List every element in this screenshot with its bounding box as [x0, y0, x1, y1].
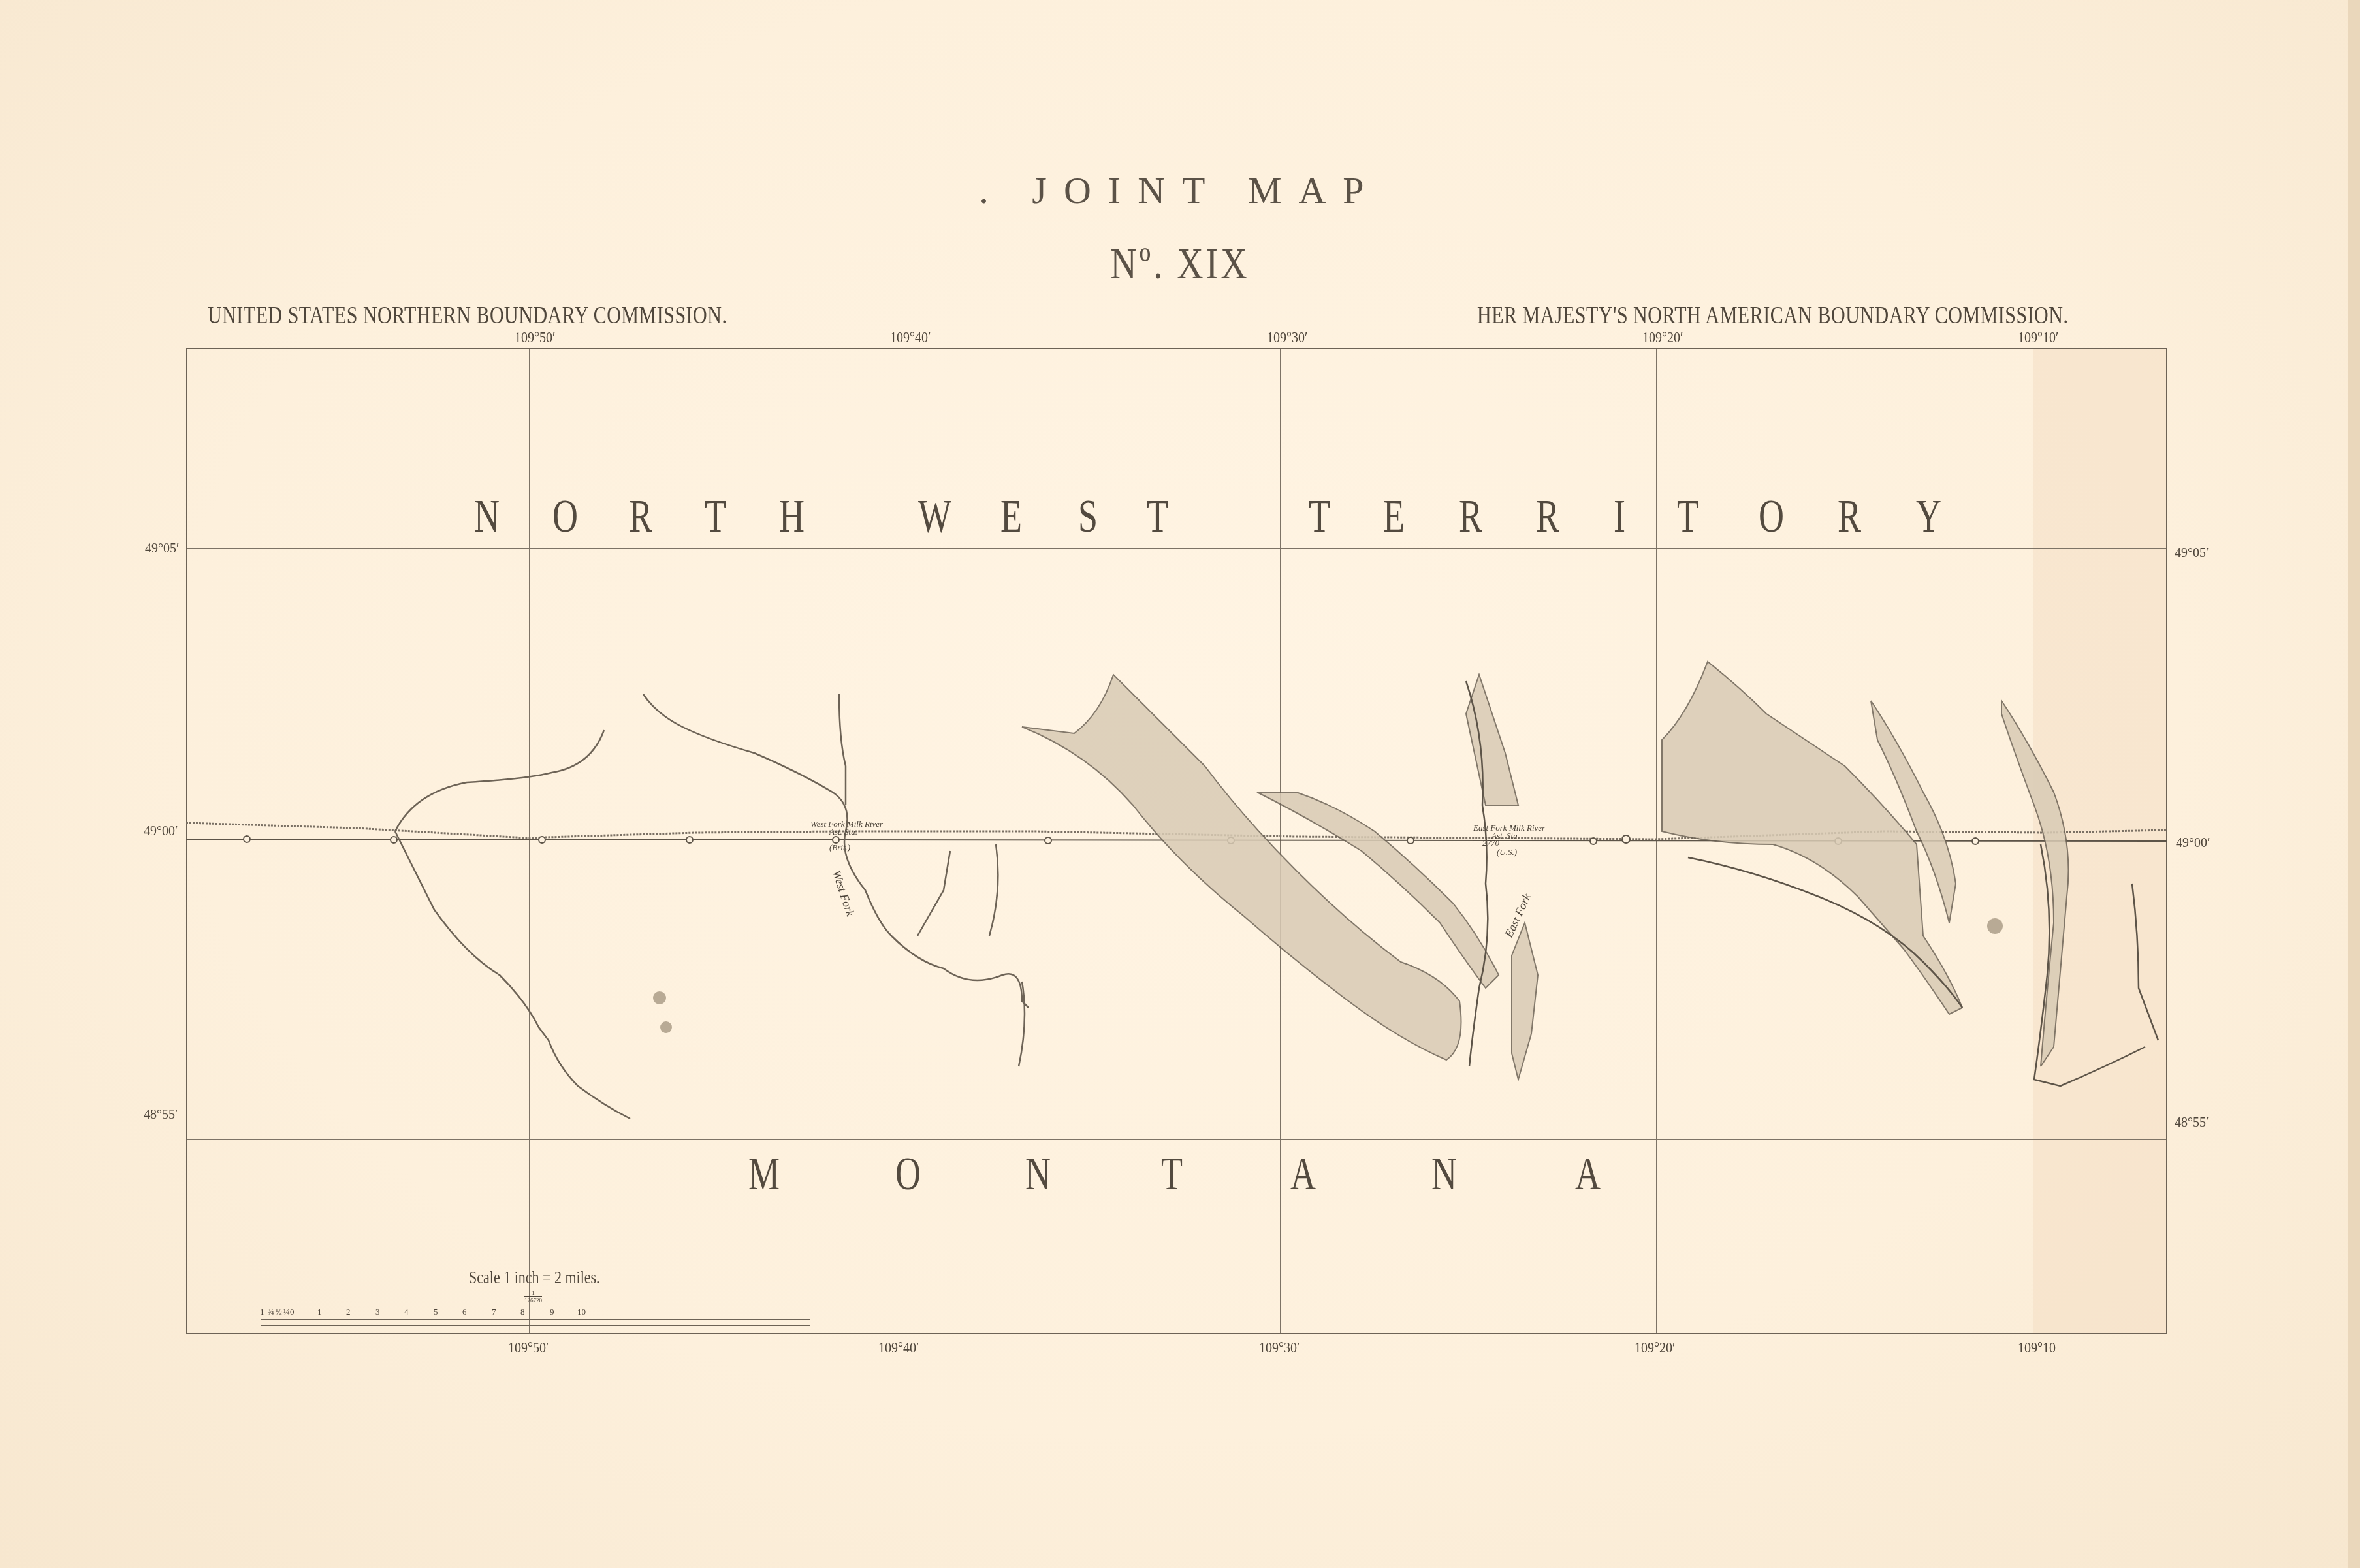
lat-label-left: 49°00′	[144, 824, 178, 839]
region-letter: W	[918, 488, 951, 543]
us-commission-label: UNITED STATES NORTHERN BOUNDARY COMMISSI…	[208, 302, 727, 330]
plate-number: Nº. XIX	[0, 239, 2360, 289]
lon-label-top: 109°20′	[1642, 329, 1683, 347]
scale-fraction-numerator: 1	[524, 1290, 542, 1296]
scale-tick: 1	[260, 1307, 264, 1317]
scale-tick: 5	[434, 1307, 438, 1317]
scale-tick: 2	[346, 1307, 351, 1317]
lat-label-right: 48°55′	[2175, 1115, 2209, 1130]
region-letter: E	[1383, 488, 1405, 543]
region-letter: H	[779, 488, 805, 543]
lon-label-bottom: 109°30′	[1259, 1339, 1300, 1358]
region-letter: O	[1759, 488, 1784, 543]
lon-label-top: 109°10′	[2018, 329, 2058, 347]
region-letter: I	[1614, 488, 1625, 543]
west-fork-station-sub: Ast. Sta.	[829, 827, 857, 837]
east-fork-station-tag: (U.S.)	[1497, 847, 1517, 857]
scale-tick: 6	[462, 1307, 467, 1317]
map-title: . JOINT MAP	[0, 168, 2360, 212]
region-letter: R	[1459, 488, 1482, 543]
scale-fraction: 1 126720	[524, 1290, 542, 1304]
region-letter: T	[705, 488, 726, 543]
region-letter: Y	[1916, 488, 1941, 543]
region-letter: O	[552, 488, 578, 543]
scale-title: Scale 1 inch = 2 miles.	[469, 1268, 600, 1288]
scale-fraction-denominator: 126720	[524, 1296, 542, 1304]
lon-label-bottom: 109°40′	[878, 1339, 919, 1358]
scale-tick: 9	[550, 1307, 554, 1317]
scale-tick: ¾	[268, 1307, 274, 1317]
region-letter: R	[1838, 488, 1861, 543]
west-fork-station-tag: (Brit.)	[829, 842, 850, 853]
region-letter: T	[1309, 488, 1330, 543]
lon-label-bottom: 109°10	[2018, 1339, 2056, 1358]
region-letter: E	[1000, 488, 1022, 543]
lat-label-left: 49°05′	[145, 541, 179, 556]
scale-tick: 3	[375, 1307, 380, 1317]
scale-tick: 0	[290, 1307, 295, 1317]
region-letter: T	[1161, 1146, 1183, 1201]
lat-label-right: 49°05′	[2175, 546, 2209, 561]
region-letter: N	[1025, 1146, 1051, 1201]
lon-label-top: 109°40′	[890, 329, 931, 347]
scale-tick: ¼	[283, 1307, 290, 1317]
region-letter: O	[895, 1146, 921, 1201]
paper-edge	[2348, 0, 2360, 1568]
region-letter: R	[1536, 488, 1559, 543]
lon-label-bottom: 109°20′	[1634, 1339, 1675, 1358]
region-letter: M	[748, 1146, 780, 1201]
scale-tick: 10	[577, 1307, 586, 1317]
lat-label-left: 48°55′	[144, 1108, 178, 1123]
region-letter: S	[1078, 488, 1098, 543]
region-letter: A	[1575, 1146, 1601, 1201]
scale-tick: ½	[276, 1307, 282, 1317]
scale-tick: 4	[404, 1307, 409, 1317]
region-letter: N	[474, 488, 500, 543]
lon-label-top: 109°30′	[1267, 329, 1307, 347]
region-letter: T	[1147, 488, 1168, 543]
region-letter: A	[1290, 1146, 1316, 1201]
region-letter: R	[629, 488, 652, 543]
region-letter: N	[1431, 1146, 1457, 1201]
scale-tick: 7	[492, 1307, 496, 1317]
scale-tick: 8	[520, 1307, 525, 1317]
lon-label-top: 109°50′	[515, 329, 555, 347]
scale-bar	[261, 1319, 810, 1326]
british-commission-label: HER MAJESTY'S NORTH AMERICAN BOUNDARY CO…	[1477, 302, 2068, 330]
region-letter: T	[1677, 488, 1698, 543]
lon-label-bottom: 109°50′	[508, 1339, 549, 1358]
scale-tick: 1	[317, 1307, 322, 1317]
lat-label-right: 49°00′	[2176, 836, 2210, 851]
